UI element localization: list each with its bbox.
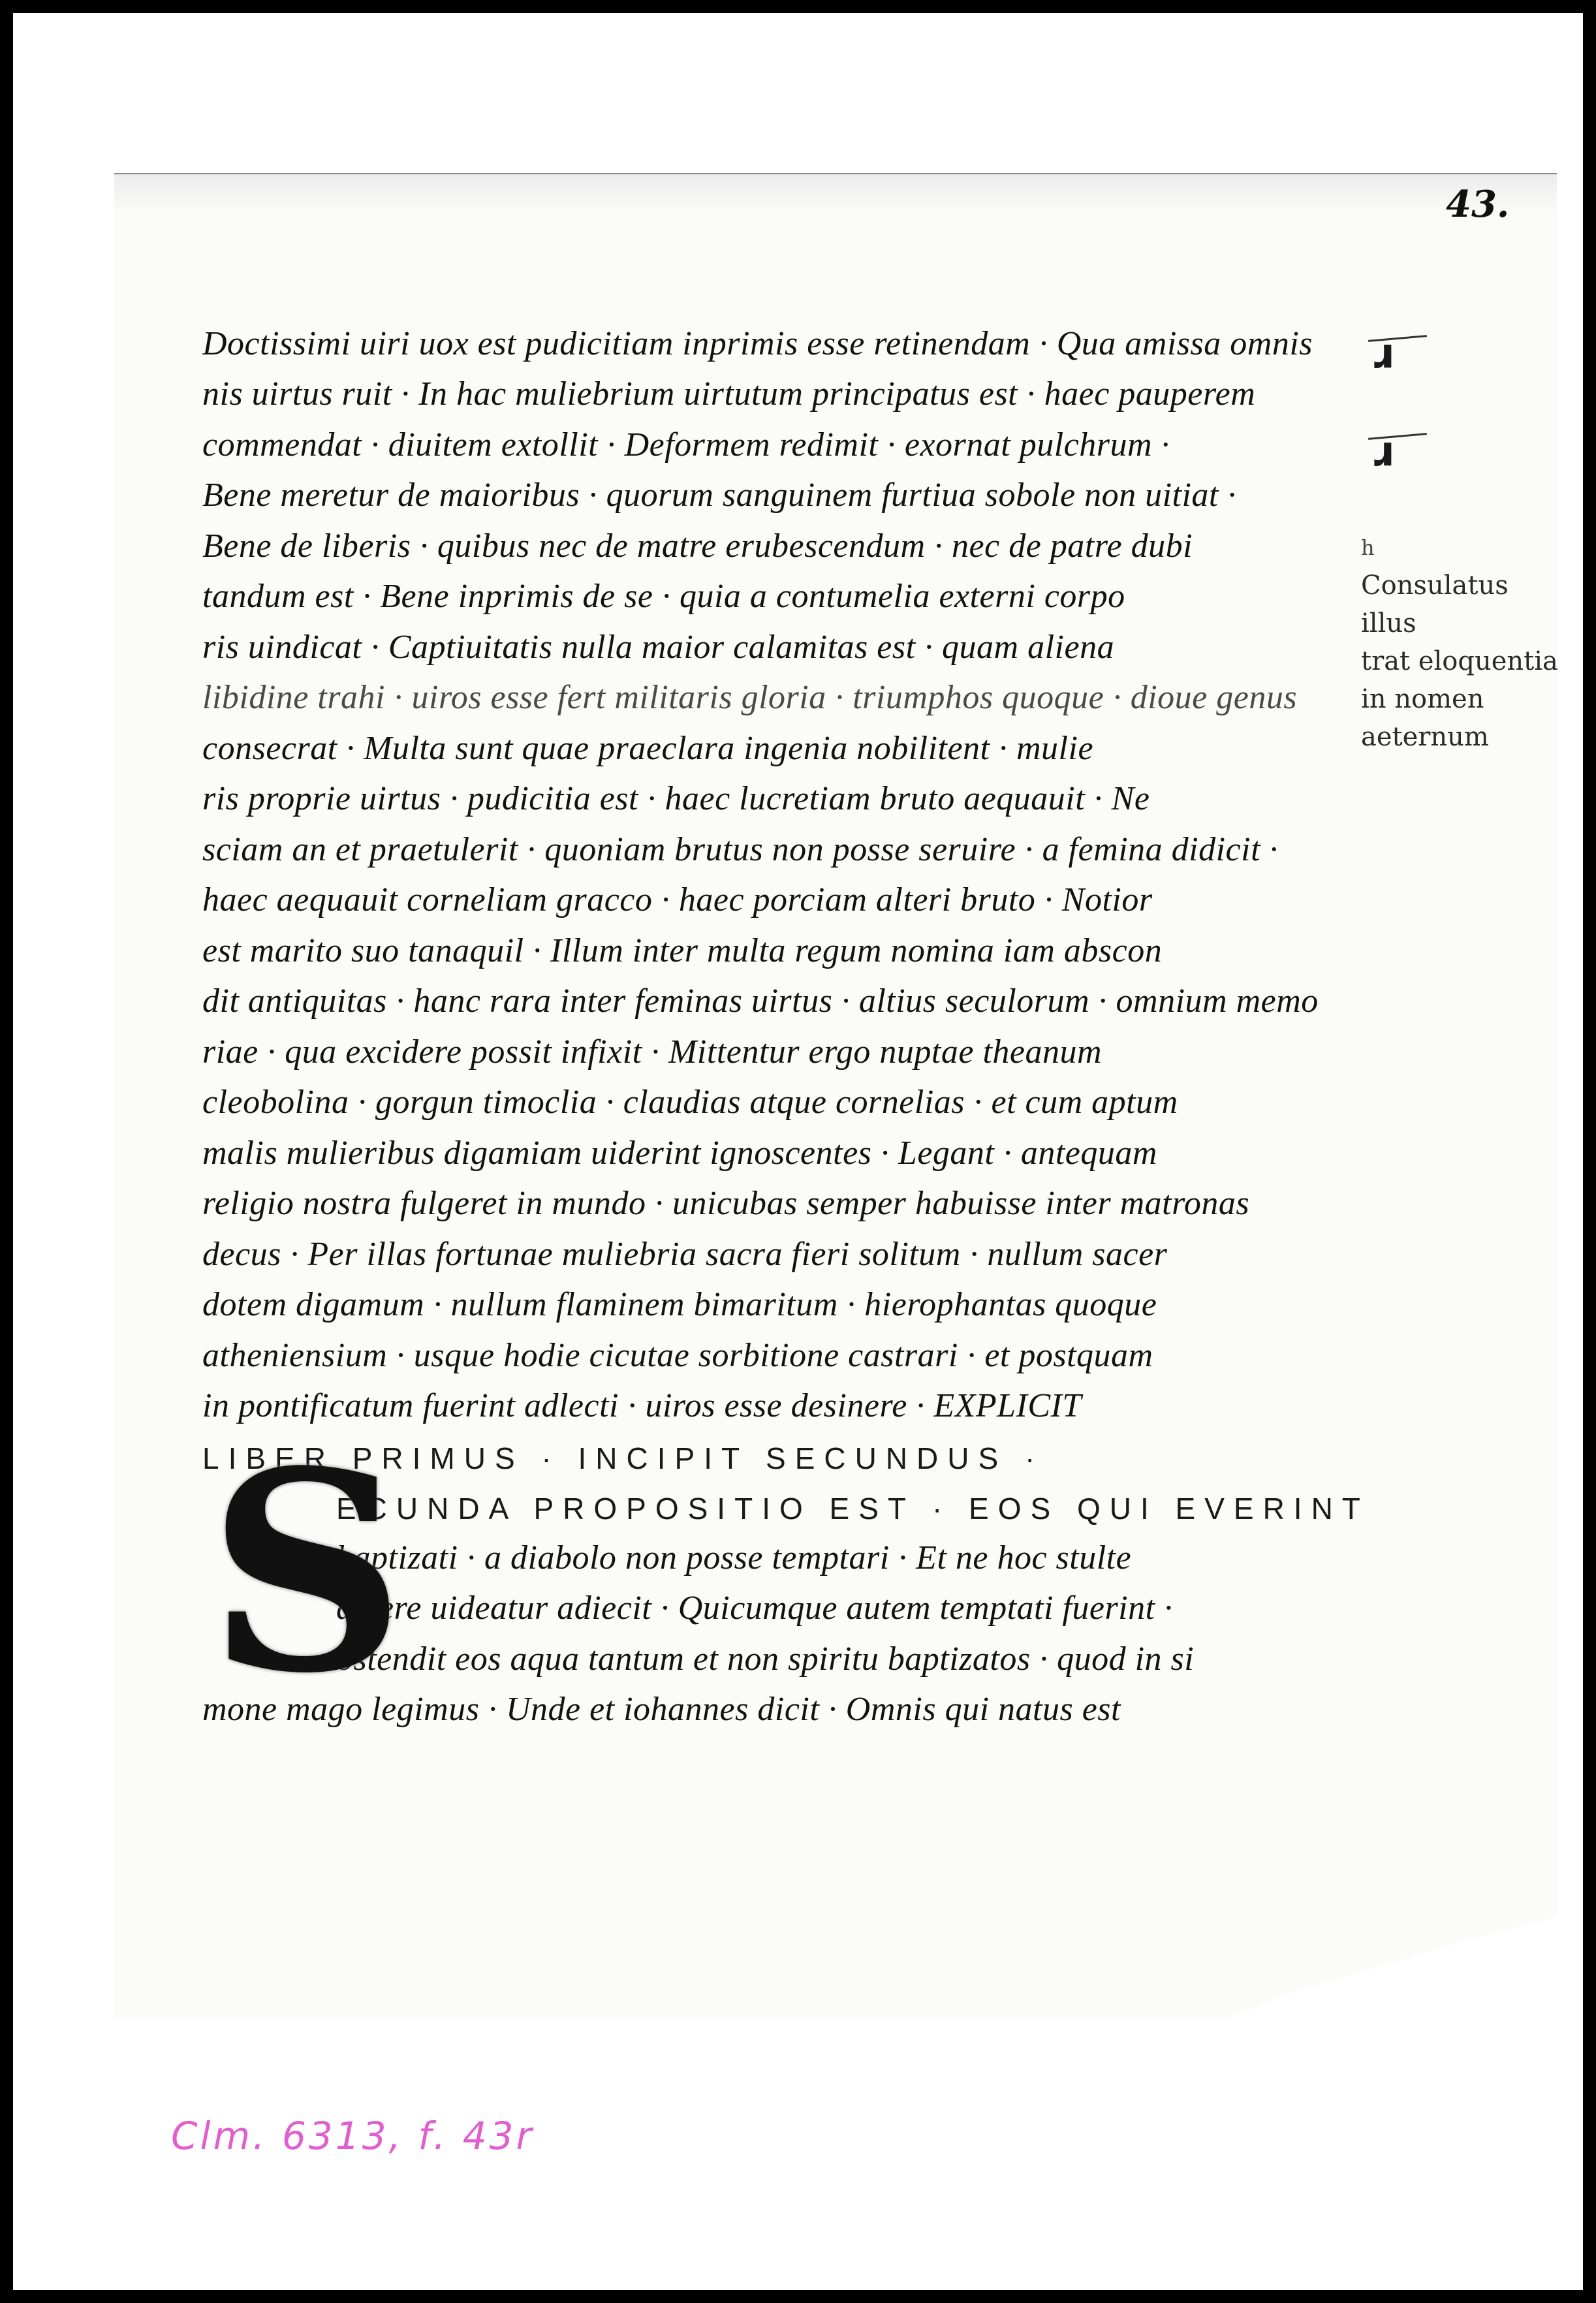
text-line: commendat · diuitem extollit · Deformem … bbox=[202, 413, 1397, 464]
text-line: ris uindicat · Captiuitatis nulla maior … bbox=[202, 616, 1397, 666]
text-line: haec aequauit corneliam gracco · haec po… bbox=[202, 869, 1397, 920]
text-line: cleobolina · gorgun timoclia · claudias … bbox=[202, 1071, 1397, 1122]
text-line: Doctissimi uiri uox est pudicitiam inpri… bbox=[202, 312, 1397, 363]
marginal-note-line: Consulatus illus bbox=[1361, 567, 1570, 642]
text-line: ris proprie uirtus · pudicitia est · hae… bbox=[202, 768, 1397, 819]
text-line: est marito suo tanaquil · Illum inter mu… bbox=[202, 919, 1397, 970]
marginal-note-line: trat eloquentia bbox=[1361, 642, 1570, 680]
text-line: atheniensium · usque hodie cicutae sorbi… bbox=[202, 1324, 1397, 1375]
leaf-top-shadow bbox=[114, 174, 1557, 213]
text-line: dotem digamum · nullum flaminem bimaritu… bbox=[202, 1274, 1397, 1324]
decorated-initial: S bbox=[208, 1436, 405, 1710]
marginal-note-line: in nomen aeternum bbox=[1361, 680, 1570, 756]
marginal-note-mark: h bbox=[1361, 529, 1570, 567]
text-line: decus · Per illas fortunae muliebria sac… bbox=[202, 1223, 1397, 1274]
text-line: Bene meretur de maioribus · quorum sangu… bbox=[202, 464, 1397, 515]
nota-mark-icon: ɹ bbox=[1371, 428, 1393, 476]
text-line: Bene de liberis · quibus nec de matre er… bbox=[202, 514, 1397, 565]
text-line: dit antiquitas · hanc rara inter feminas… bbox=[202, 970, 1397, 1021]
text-line: riae · qua excidere possit infixit · Mit… bbox=[202, 1020, 1397, 1071]
text-line: religio nostra fulgeret in mundo · unicu… bbox=[202, 1172, 1397, 1223]
text-line: malis mulieribus digamiam uiderint ignos… bbox=[202, 1121, 1397, 1172]
nota-mark-icon: ɹ bbox=[1371, 330, 1393, 378]
library-shelfmark: Clm. 6313, f. 43r bbox=[171, 2114, 534, 2158]
text-line: nis uirtus ruit · In hac muliebrium uirt… bbox=[202, 363, 1397, 414]
marginal-note: h Consulatus illus trat eloquentia in no… bbox=[1361, 529, 1570, 756]
text-line: tandum est · Bene inprimis de se · quia … bbox=[202, 565, 1397, 616]
folio-number: 43. bbox=[1446, 183, 1509, 226]
text-line: sciam an et praetulerit · quoniam brutus… bbox=[202, 818, 1397, 869]
text-line: consecrat · Multa sunt quae praeclara in… bbox=[202, 717, 1397, 768]
text-line: libidine trahi · uiros esse fert militar… bbox=[202, 666, 1397, 717]
